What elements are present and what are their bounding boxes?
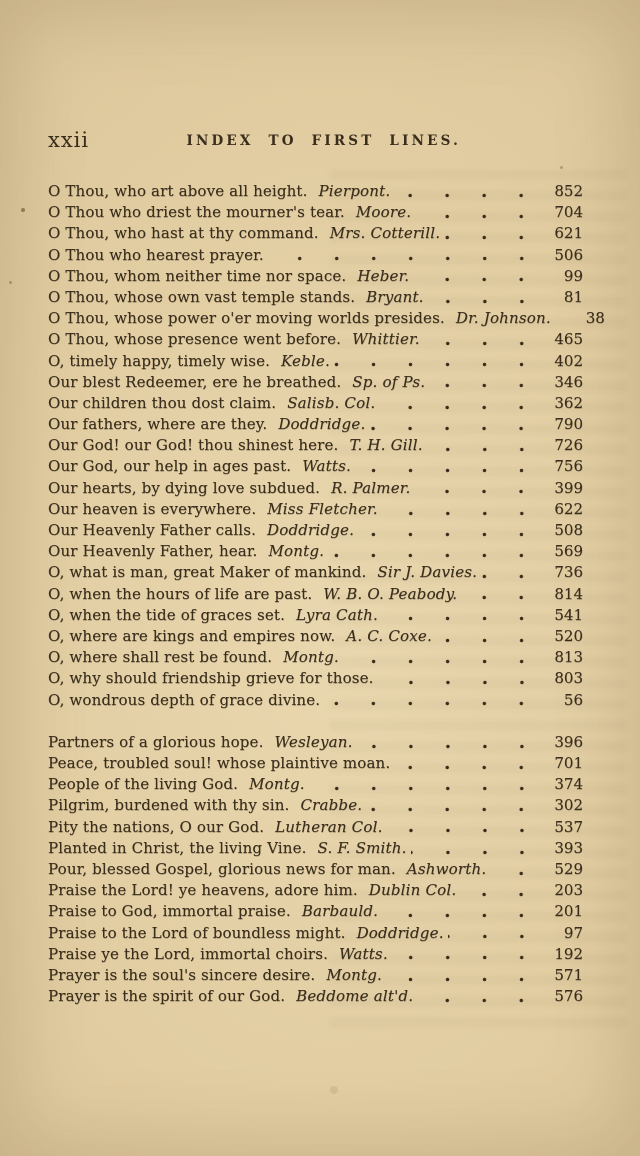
dot-leader — [378, 668, 549, 689]
entry-author: T. H. Gill. — [349, 435, 422, 456]
dot-leader — [343, 647, 549, 668]
entry-first-line: Pilgrim, burdened with thy sin. — [48, 795, 289, 816]
index-entry-row: Our blest Redeemer, ere he breathed. Sp.… — [48, 372, 583, 393]
index-entry-row: O, timely happy, timely wise. Keble. 402 — [48, 351, 583, 372]
dot-leader — [413, 266, 549, 287]
entry-author: Montg. — [326, 965, 382, 986]
entry-first-line: Pour, blessed Gospel, glorious news for … — [48, 859, 396, 880]
dot-leader — [424, 329, 549, 350]
paper-speck — [330, 1086, 338, 1094]
dot-leader — [417, 986, 549, 1007]
entry-page-number: 621 — [549, 223, 583, 244]
entry-page-number: 402 — [549, 351, 583, 372]
entry-page-number: 576 — [549, 986, 583, 1007]
dot-leader — [369, 414, 549, 435]
index-entry-row: Praise the Lord! ye heavens, adore him. … — [48, 880, 583, 901]
dot-leader — [394, 753, 549, 774]
entry-first-line: O Thou, whom neither time nor space. — [48, 266, 346, 287]
entry-page-number: 201 — [549, 901, 583, 922]
dot-leader — [394, 181, 549, 202]
index-entry-row: O, when the hours of life are past. W. B… — [48, 584, 583, 605]
dot-leader — [460, 880, 549, 901]
entry-author: Montg. — [249, 774, 305, 795]
index-entry-row: Pity the nations, O our God. Lutheran Co… — [48, 817, 583, 838]
entry-author: S. F. Smith. — [318, 838, 407, 859]
entry-first-line: O Thou, who art above all height. — [48, 181, 308, 202]
entry-page-number: 736 — [549, 562, 583, 583]
index-entry-row: O Thou, who art above all height. Pierpo… — [48, 181, 583, 202]
entry-page-number: 529 — [549, 859, 583, 880]
entry-author: Montg. — [268, 541, 324, 562]
entry-author: Crabbe. — [300, 795, 362, 816]
entry-author: Barbauld. — [302, 901, 378, 922]
entry-page-number: 399 — [549, 478, 583, 499]
entry-author: A. C. Coxe. — [346, 626, 432, 647]
running-title: INDEX TO FIRST LINES. — [186, 133, 461, 149]
entry-page-number: 569 — [549, 541, 583, 562]
entry-first-line: Prayer is the spirit of our God. — [48, 986, 285, 1007]
index-entry-row: Pilgrim, burdened with thy sin. Crabbe. … — [48, 795, 583, 816]
entry-author: Watts. — [339, 944, 388, 965]
dot-leader — [414, 478, 549, 499]
entry-page-number: 99 — [549, 266, 583, 287]
entry-author: Ashworth. — [407, 859, 487, 880]
entry-author: Lutheran Col. — [275, 817, 382, 838]
index-entry-row: O Thou who hearest prayer. 506 — [48, 245, 583, 266]
entry-page-number: 465 — [549, 329, 583, 350]
entry-author: Keble. — [281, 351, 330, 372]
entry-first-line: O Thou who hearest prayer. — [48, 245, 264, 266]
dot-leader — [490, 859, 549, 880]
index-entry-row: O, wondrous depth of grace divine. 56 — [48, 690, 583, 711]
entry-author: Lyra Cath. — [296, 605, 378, 626]
entry-author: Miss Fletcher. — [267, 499, 377, 520]
dot-leader — [427, 435, 549, 456]
entry-first-line: O, wondrous depth of grace divine. — [48, 690, 320, 711]
index-entry-row: People of the living God. Montg. 374 — [48, 774, 583, 795]
dot-leader — [436, 626, 549, 647]
entry-author: Doddridge. — [267, 520, 354, 541]
entry-first-line: Our Heavenly Father, hear. — [48, 541, 257, 562]
entry-first-line: O, why should friendship grieve for thos… — [48, 668, 374, 689]
entry-author: Doddridge. — [357, 923, 444, 944]
entry-first-line: O Thou, whose power o'er moving worlds p… — [48, 308, 445, 329]
entry-author: Dublin Col. — [369, 880, 457, 901]
entry-page-number: 506 — [549, 245, 583, 266]
index-entry-row: Prayer is the spirit of our God. Beddome… — [48, 986, 583, 1007]
entry-page-number: 814 — [549, 584, 583, 605]
entry-author: Bryant. — [366, 287, 423, 308]
entry-page-number: 852 — [549, 181, 583, 202]
dot-leader — [324, 690, 549, 711]
entry-page-number: 541 — [549, 605, 583, 626]
index-entry-row: Praise ye the Lord, immortal choirs. Wat… — [48, 944, 583, 965]
index-entry-row: O Thou, whose own vast temple stands. Br… — [48, 287, 583, 308]
page-header: xxii INDEX TO FIRST LINES. — [48, 128, 583, 154]
index-entry-row: Our heaven is everywhere. Miss Fletcher.… — [48, 499, 583, 520]
index-entry-row: Our God, our help in ages past. Watts. 7… — [48, 456, 583, 477]
dot-leader — [268, 245, 549, 266]
dot-leader — [428, 287, 549, 308]
entry-first-line: Our blest Redeemer, ere he breathed. — [48, 372, 341, 393]
paper-speck — [9, 281, 12, 284]
dot-leader — [444, 223, 549, 244]
index-entry-row: Prayer is the soul's sincere desire. Mon… — [48, 965, 583, 986]
entry-author: Watts. — [302, 456, 351, 477]
entry-author: Sp. of Ps. — [352, 372, 425, 393]
index-entry-row: Partners of a glorious hope. Wesleyan. 3… — [48, 732, 583, 753]
entry-page-number: 396 — [549, 732, 583, 753]
index-entry-row: O, where shall rest be found. Montg. 813 — [48, 647, 583, 668]
entry-author: Sir J. Davies. — [377, 562, 477, 583]
entry-page-number: 537 — [549, 817, 583, 838]
entry-page-number: 56 — [549, 690, 583, 711]
entry-first-line: Planted in Christ, the living Vine. — [48, 838, 307, 859]
index-entry-row: Pour, blessed Gospel, glorious news for … — [48, 859, 583, 880]
entry-page-number: 813 — [549, 647, 583, 668]
index-entry-row: O, when the tide of graces set. Lyra Cat… — [48, 605, 583, 626]
entry-page-number: 520 — [549, 626, 583, 647]
index-entry-row: Peace, troubled soul! whose plaintive mo… — [48, 753, 583, 774]
dot-leader — [555, 308, 571, 329]
entry-page-number: 302 — [549, 795, 583, 816]
index-entry-row: O Thou, who hast at thy command. Mrs. Co… — [48, 223, 583, 244]
index-entry-row: O, where are kings and empires now. A. C… — [48, 626, 583, 647]
index-entry-row: O Thou, whom neither time nor space. Heb… — [48, 266, 583, 287]
index-entry-row: Our hearts, by dying love subdued. R. Pa… — [48, 478, 583, 499]
entry-page-number: 38 — [571, 308, 605, 329]
entry-page-number: 203 — [549, 880, 583, 901]
dot-leader — [382, 605, 549, 626]
entry-first-line: Our hearts, by dying love subdued. — [48, 478, 320, 499]
entry-page-number: 622 — [549, 499, 583, 520]
dot-leader — [355, 456, 549, 477]
entry-page-number: 701 — [549, 753, 583, 774]
entry-first-line: O, where shall rest be found. — [48, 647, 272, 668]
entry-author: Mrs. Cotterill. — [330, 223, 441, 244]
entry-author: R. Palmer. — [331, 478, 410, 499]
dot-leader — [334, 351, 549, 372]
entry-page-number: 362 — [549, 393, 583, 414]
entry-author: Doddridge. — [278, 414, 365, 435]
dot-leader — [366, 795, 549, 816]
entry-first-line: Praise to God, immortal praise. — [48, 901, 291, 922]
index-entry-row: O, what is man, great Maker of mankind. … — [48, 562, 583, 583]
folio-page-number: xxii — [48, 128, 89, 152]
dot-leader — [387, 817, 549, 838]
entry-first-line: Our fathers, where are they. — [48, 414, 267, 435]
entry-first-line: O, where are kings and empires now. — [48, 626, 335, 647]
dot-leader — [461, 584, 549, 605]
entry-page-number: 508 — [549, 520, 583, 541]
entry-page-number: 704 — [549, 202, 583, 223]
entry-first-line: Our God! our God! thou shinest here. — [48, 435, 338, 456]
index-entry-row: Our children thou dost claim. Salisb. Co… — [48, 393, 583, 414]
entry-first-line: Our Heavenly Father calls. — [48, 520, 256, 541]
entry-page-number: 374 — [549, 774, 583, 795]
index-list: O Thou, who art above all height. Pierpo… — [48, 181, 583, 1007]
entry-author: Pierpont. — [319, 181, 391, 202]
scanned-book-page: xxii INDEX TO FIRST LINES. O Thou, who a… — [0, 0, 640, 1156]
index-entry-row: Planted in Christ, the living Vine. S. F… — [48, 838, 583, 859]
dot-leader — [448, 923, 549, 944]
entry-first-line: Our heaven is everywhere. — [48, 499, 256, 520]
dot-leader — [392, 944, 549, 965]
dot-leader — [386, 965, 549, 986]
index-entry-row: Praise to God, immortal praise. Barbauld… — [48, 901, 583, 922]
entry-page-number: 393 — [549, 838, 583, 859]
entry-first-line: Partners of a glorious hope. — [48, 732, 264, 753]
dot-leader — [415, 202, 549, 223]
entry-page-number: 726 — [549, 435, 583, 456]
entry-author: Whittier. — [352, 329, 420, 350]
entry-first-line: O Thou, whose own vast temple stands. — [48, 287, 355, 308]
index-entry-row: Our Heavenly Father calls. Doddridge. 50… — [48, 520, 583, 541]
entry-first-line: O Thou, whose presence went before. — [48, 329, 341, 350]
entry-first-line: Peace, troubled soul! whose plaintive mo… — [48, 753, 390, 774]
entry-first-line: O Thou, who hast at thy command. — [48, 223, 319, 244]
dot-leader — [382, 499, 549, 520]
entry-author: Wesleyan. — [275, 732, 353, 753]
dot-leader — [358, 520, 549, 541]
dot-leader — [309, 774, 549, 795]
dot-leader — [382, 901, 549, 922]
entry-author: Salisb. Col. — [287, 393, 375, 414]
index-entry-row: Our fathers, where are they. Doddridge. … — [48, 414, 583, 435]
entry-author: Beddome alt'd. — [296, 986, 413, 1007]
entry-author: Montg. — [283, 647, 339, 668]
entry-first-line: Praise ye the Lord, immortal choirs. — [48, 944, 328, 965]
dot-leader — [328, 541, 549, 562]
index-entry-row: O, why should friendship grieve for thos… — [48, 668, 583, 689]
entry-first-line: O, what is man, great Maker of mankind. — [48, 562, 366, 583]
entry-first-line: O Thou who driest the mourner's tear. — [48, 202, 345, 223]
index-entry-row: Our God! our God! thou shinest here. T. … — [48, 435, 583, 456]
entry-page-number: 192 — [549, 944, 583, 965]
index-entry-row: Our Heavenly Father, hear. Montg. 569 — [48, 541, 583, 562]
entry-first-line: Praise to the Lord of boundless might. — [48, 923, 346, 944]
entry-first-line: Our God, our help in ages past. — [48, 456, 291, 477]
index-entry-row: O Thou, whose power o'er moving worlds p… — [48, 308, 583, 329]
index-entry-row: Praise to the Lord of boundless might. D… — [48, 923, 583, 944]
index-entry-row: O Thou, whose presence went before. Whit… — [48, 329, 583, 350]
entry-page-number: 803 — [549, 668, 583, 689]
entry-first-line: People of the living God. — [48, 774, 238, 795]
entry-page-number: 571 — [549, 965, 583, 986]
entry-author: W. B. O. Peabody. — [323, 584, 457, 605]
entry-author: Dr. Johnson. — [456, 308, 551, 329]
entry-first-line: Our children thou dost claim. — [48, 393, 276, 414]
paper-speck — [21, 208, 25, 212]
entry-page-number: 756 — [549, 456, 583, 477]
entry-page-number: 81 — [549, 287, 583, 308]
dot-leader — [481, 562, 549, 583]
entry-first-line: Pity the nations, O our God. — [48, 817, 264, 838]
entry-first-line: Praise the Lord! ye heavens, adore him. — [48, 880, 358, 901]
entry-page-number: 97 — [549, 923, 583, 944]
entry-author: Moore. — [356, 202, 411, 223]
entry-page-number: 346 — [549, 372, 583, 393]
entry-author: Heber. — [357, 266, 409, 287]
dot-leader — [411, 838, 549, 859]
entry-first-line: O, timely happy, timely wise. — [48, 351, 270, 372]
entry-first-line: O, when the hours of life are past. — [48, 584, 312, 605]
index-entry-row: O Thou who driest the mourner's tear. Mo… — [48, 202, 583, 223]
entry-first-line: O, when the tide of graces set. — [48, 605, 285, 626]
page-content: xxii INDEX TO FIRST LINES. O Thou, who a… — [48, 128, 583, 1007]
entry-first-line: Prayer is the soul's sincere desire. — [48, 965, 315, 986]
dot-leader — [429, 372, 549, 393]
entry-page-number: 790 — [549, 414, 583, 435]
dot-leader — [357, 732, 549, 753]
dot-leader — [379, 393, 549, 414]
group-gap — [48, 711, 583, 732]
